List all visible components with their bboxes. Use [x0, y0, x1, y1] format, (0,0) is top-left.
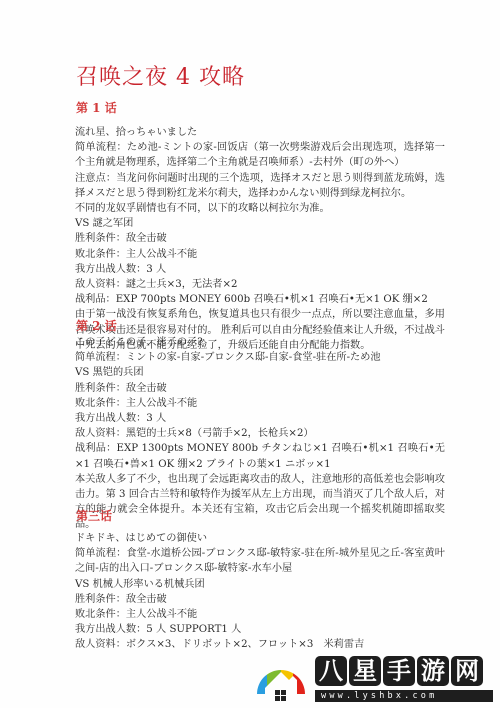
site-name-char: 星 [349, 656, 381, 686]
episode-title: この子どこの子、迷子の子? [75, 335, 445, 350]
strategy-text: 本关敌人多了不少，也出现了会远距离攻击的敌人，注意地形的高低差也会影响攻击力。第… [75, 472, 445, 533]
note-text: 不同的龙奴孚剧情也有不同，以下的攻略以柯拉尔为准。 [75, 201, 445, 216]
battle-opponent: VS 黑铠的兵团 [75, 365, 445, 380]
victory-condition: 胜利条件：敌全击破 [75, 381, 445, 396]
enemy-info: 敌人资料：黑铠的士兵×8（弓箭手×2，长枪兵×2） [75, 426, 445, 441]
episode-3-body: ドキドキ、はじめての御使い 简单流程：食堂-水道桥公园-ブロンクス邸-敏特家-驻… [75, 531, 445, 653]
party-size: 我方出战人数：3 人 [75, 411, 445, 426]
episode-2-body: この子どこの子、迷子の子? 简单流程：ミントの家-自家-ブロンクス邸-自家-食堂… [75, 335, 445, 533]
site-name-char: 八 [315, 656, 347, 686]
note-text: 注意点：当龙问你问题时出现的三个选项，选择オスだと思う则得到蓝龙琉姆，选择メスだ… [75, 171, 445, 201]
episode-1-heading: 第 1 话 [76, 100, 117, 116]
document-page: 召唤之夜 4 攻略 第 1 话 流れ星、拾っちゃいました 简单流程：ため池-ミン… [0, 0, 500, 708]
route-summary: 简单流程：ため池-ミントの家-回饭店（第一次劈柴游戏后会出现选项，选择第一个主角… [75, 140, 445, 170]
enemy-info: 敌人资料：謎之士兵×3，无法者×2 [75, 277, 445, 292]
route-summary: 简单流程：ミントの家-自家-ブロンクス邸-自家-食堂-驻在所-ため池 [75, 350, 445, 365]
defeat-condition: 败北条件：主人公战斗不能 [75, 247, 445, 262]
episode-2-heading: 第 2 话 [76, 318, 117, 334]
house-rainbow-logo-icon [253, 650, 309, 704]
site-url: www.lyshbx.com [315, 690, 493, 702]
episode-3-heading: 第三话 [76, 508, 112, 524]
party-size: 我方出战人数：5 人 SUPPORT1 人 [75, 622, 445, 637]
route-summary: 简单流程：食堂-水道桥公园-ブロンクス邸-敏特家-驻在所-城外星见之丘-客室黄叶… [75, 546, 445, 576]
document-title: 召唤之夜 4 攻略 [76, 60, 245, 91]
site-watermark: 八 星 手 游 网 www.lyshbx.com [253, 650, 493, 706]
party-size: 我方出战人数：3 人 [75, 262, 445, 277]
victory-condition: 胜利条件：敌全击破 [75, 592, 445, 607]
victory-condition: 胜利条件：敌全击破 [75, 231, 445, 246]
episode-title: ドキドキ、はじめての御使い [75, 531, 445, 546]
episode-1-body: 流れ星、拾っちゃいました 简单流程：ため池-ミントの家-回饭店（第一次劈柴游戏后… [75, 125, 445, 353]
site-name: 八 星 手 游 网 [315, 656, 483, 686]
loot-info: 战利品：EXP 1300pts MONEY 800b チタンねじ×1 召唤石•机… [75, 441, 445, 471]
site-name-char: 网 [451, 656, 483, 686]
defeat-condition: 败北条件：主人公战斗不能 [75, 607, 445, 622]
episode-title: 流れ星、拾っちゃいました [75, 125, 445, 140]
battle-opponent: VS 机械人形率いる机械兵团 [75, 577, 445, 592]
site-name-char: 手 [383, 656, 415, 686]
defeat-condition: 败北条件：主人公战斗不能 [75, 396, 445, 411]
battle-opponent: VS 謎之军团 [75, 216, 445, 231]
site-name-char: 游 [417, 656, 449, 686]
loot-info: 战利品：EXP 700pts MONEY 600b 召唤石•机×1 召唤石•无×… [75, 292, 445, 307]
